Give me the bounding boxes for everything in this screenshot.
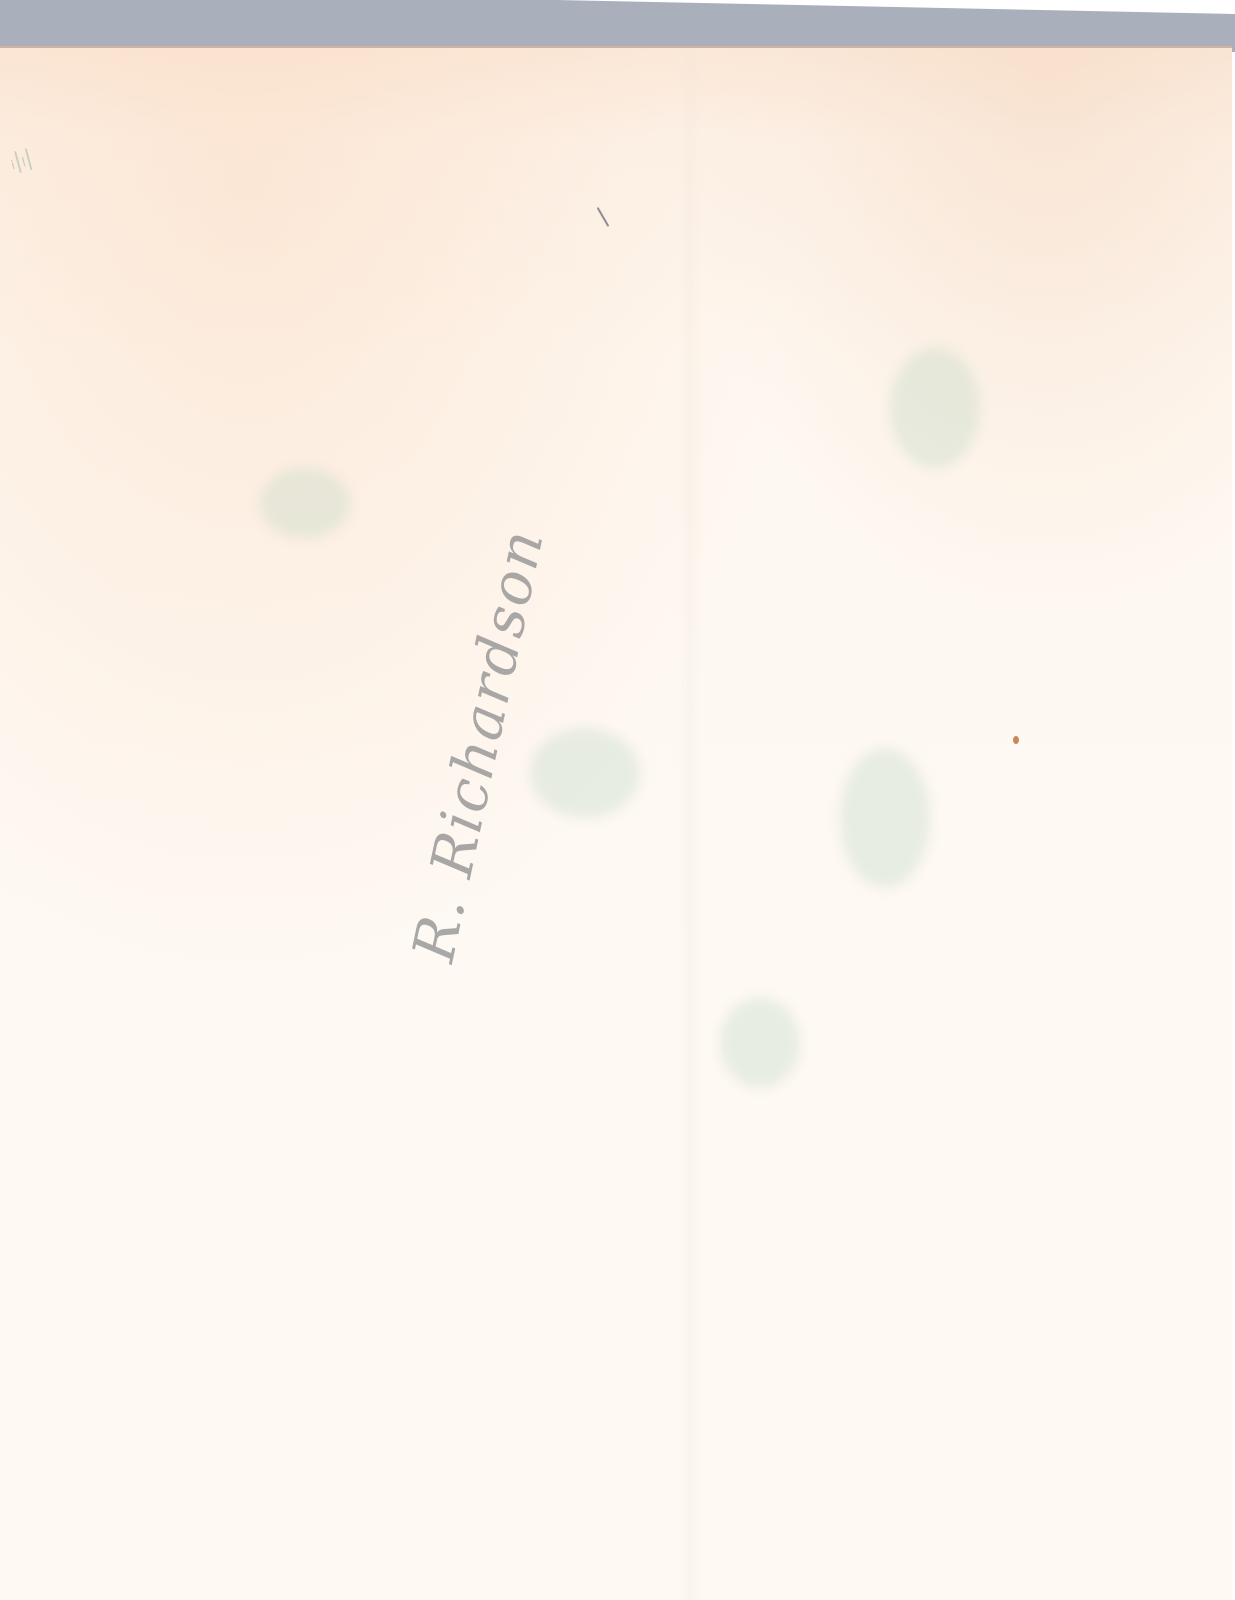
green-smudge: [530, 728, 640, 818]
brown-stain: [1013, 736, 1019, 744]
paper-sheet: ᵢ|ₗ|: [0, 46, 1232, 1600]
green-smudge: [840, 748, 930, 888]
paper-discoloration: [0, 48, 1232, 1600]
green-smudge: [720, 998, 800, 1088]
green-smudge: [260, 468, 350, 538]
green-smudge: [890, 348, 980, 468]
scanned-page: ᵢ|ₗ| R. Richardson: [0, 0, 1235, 1600]
